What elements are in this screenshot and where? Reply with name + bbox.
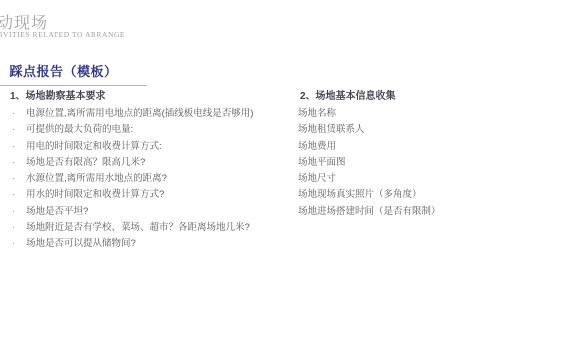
survey-item-text: 用电的时间限定和收费计算方式:	[26, 139, 162, 155]
page-subtitle: IVITIES RELATED TO ARRANGE	[0, 30, 125, 39]
bullet-dot-icon: ·	[10, 139, 26, 155]
survey-item-text: 可提供的最大负荷的电量:	[26, 122, 133, 138]
info-list-item: 场地租赁联系人	[298, 122, 563, 138]
section-site-survey: 1、场地勘察基本要求 · 电源位置,离所需用电地点的距离(插线板电线是否够用) …	[10, 90, 290, 253]
slide: 动现场 IVITIES RELATED TO ARRANGE 、踩点报告（模板）…	[0, 0, 570, 360]
survey-list-item: · 场地是否平坦?	[10, 204, 290, 220]
survey-list-item: · 电源位置,离所需用电地点的距离(插线板电线是否够用)	[10, 106, 290, 122]
bullet-dot-icon: ·	[10, 106, 26, 122]
survey-list-item: · 可提供的最大负荷的电量:	[10, 122, 290, 138]
report-heading: 、踩点报告（模板）	[0, 61, 118, 80]
survey-item-text: 场地是否平坦?	[26, 204, 88, 220]
survey-item-text: 水源位置,离所需用水地点的距离?	[26, 171, 167, 187]
bullet-dot-icon: ·	[10, 155, 26, 171]
survey-item-text: 场地附近是否有学校、菜场、超市？各距离场地几米?	[26, 220, 250, 236]
info-list-item: 场地名称	[298, 106, 563, 122]
survey-item-text: 电源位置,离所需用电地点的距离(插线板电线是否够用)	[26, 106, 253, 122]
survey-list-item: · 用水的时间限定和收费计算方式?	[10, 187, 290, 203]
info-list-item: 场地现场真实照片（多角度）	[298, 187, 563, 203]
bullet-dot-icon: ·	[10, 122, 26, 138]
bullet-dot-icon: ·	[10, 204, 26, 220]
survey-item-text: 场地是否有限高？限高几米?	[26, 155, 145, 171]
info-list: 场地名称 场地租赁联系人 场地费用 场地平面图 场地尺寸 场地现场真实照片（多角…	[298, 106, 563, 220]
survey-list-item: · 水源位置,离所需用水地点的距离?	[10, 171, 290, 187]
survey-item-text: 场地是否可以提从储物间?	[26, 236, 136, 252]
section-title-info: 2、场地基本信息收集	[298, 90, 563, 104]
bullet-dot-icon: ·	[10, 187, 26, 203]
info-list-item: 场地尺寸	[298, 171, 563, 187]
bullet-dot-icon: ·	[10, 171, 26, 187]
survey-list-item: · 场地是否可以提从储物间?	[10, 236, 290, 252]
survey-bullet-list: · 电源位置,离所需用电地点的距离(插线板电线是否够用) · 可提供的最大负荷的…	[10, 106, 290, 253]
survey-item-text: 用水的时间限定和收费计算方式?	[26, 187, 164, 203]
info-list-item: 场地费用	[298, 139, 563, 155]
info-list-item: 场地进场搭建时间（是否有限制）	[298, 204, 563, 220]
survey-list-item: · 场地附近是否有学校、菜场、超市？各距离场地几米?	[10, 220, 290, 236]
bullet-dot-icon: ·	[10, 236, 26, 252]
bullet-dot-icon: ·	[10, 220, 26, 236]
heading-divider	[0, 85, 147, 86]
info-list-item: 场地平面图	[298, 155, 563, 171]
section-title-survey: 1、场地勘察基本要求	[10, 90, 290, 104]
section-site-info: 2、场地基本信息收集 场地名称 场地租赁联系人 场地费用 场地平面图 场地尺寸 …	[298, 90, 563, 220]
survey-list-item: · 场地是否有限高？限高几米?	[10, 155, 290, 171]
survey-list-item: · 用电的时间限定和收费计算方式:	[10, 139, 290, 155]
